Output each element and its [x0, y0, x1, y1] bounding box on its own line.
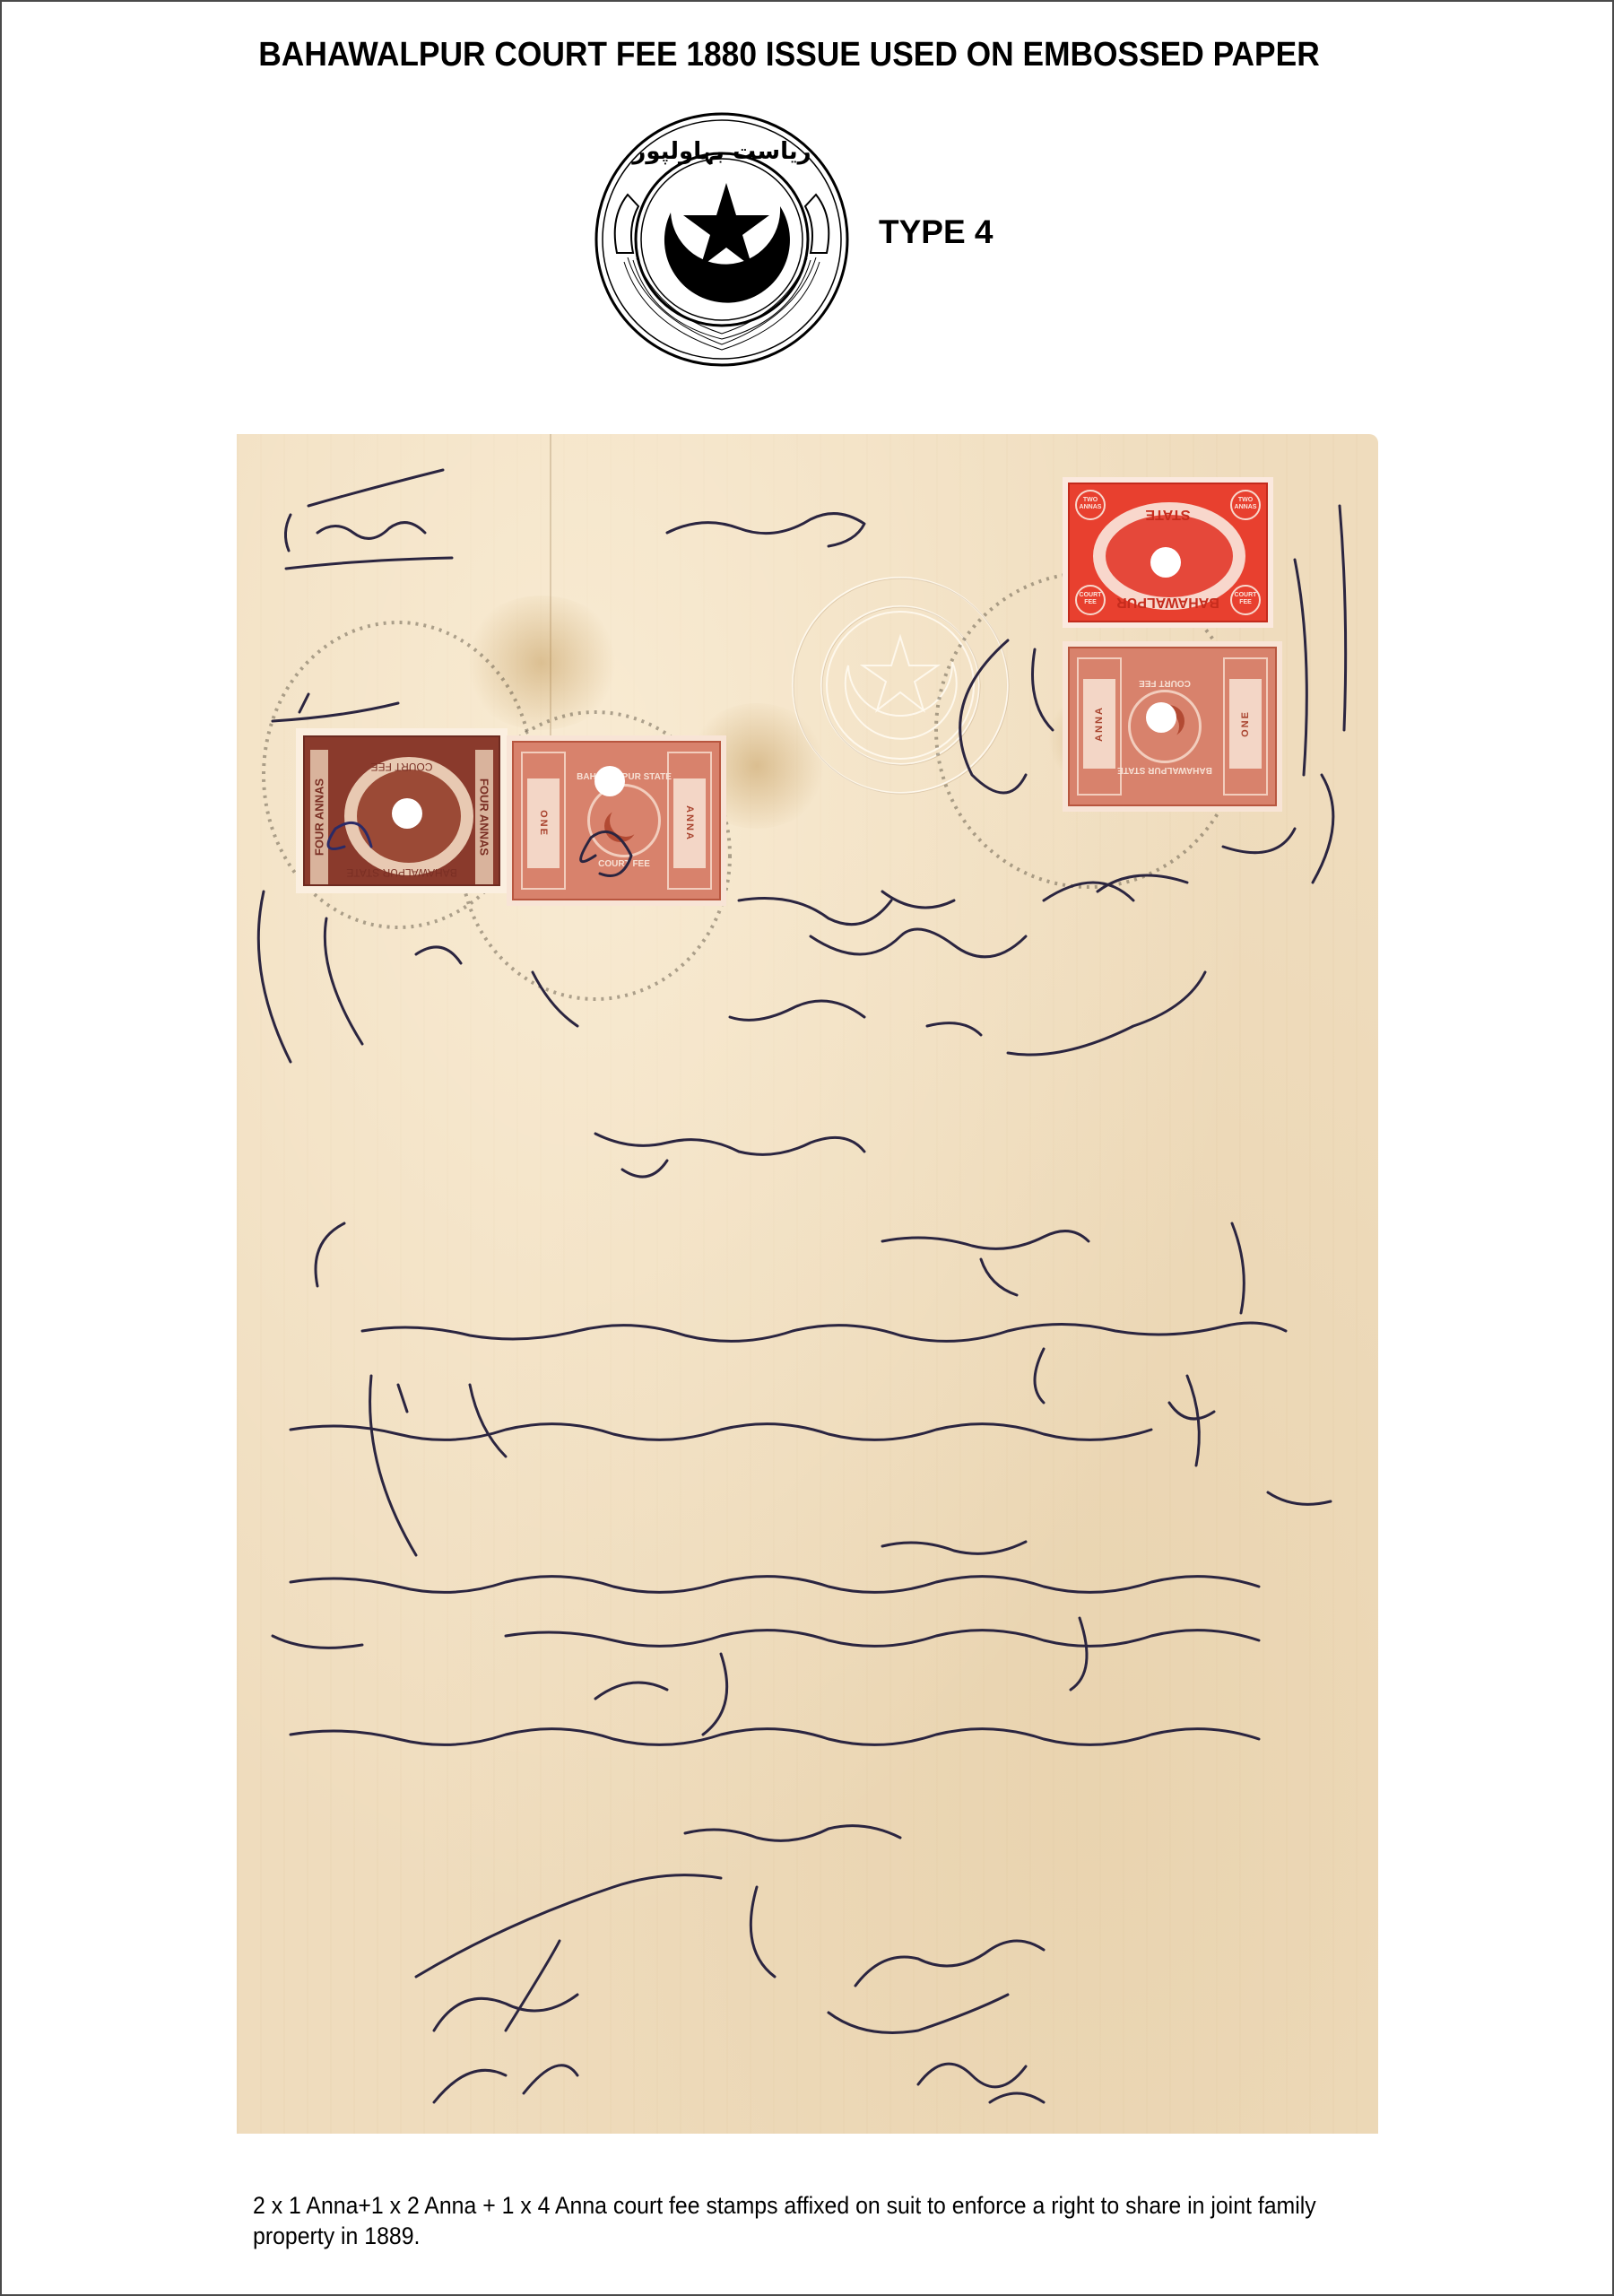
page-title: BAHAWALPUR COURT FEE 1880 ISSUE USED ON …	[56, 36, 1523, 74]
urdu-handwriting	[237, 434, 1378, 2134]
type-label: TYPE 4	[879, 213, 994, 251]
caption: 2 x 1 Anna+1 x 2 Anna + 1 x 4 Anna court…	[253, 2190, 1325, 2251]
svg-text:ریاست بہاولپور: ریاست بہاولپور	[630, 138, 811, 165]
court-document: FOUR ANNAS FOUR ANNAS COURT FEE BAHAWALP…	[237, 434, 1378, 2134]
star-and-crescent-icon: ریاست بہاولپور	[592, 109, 852, 370]
